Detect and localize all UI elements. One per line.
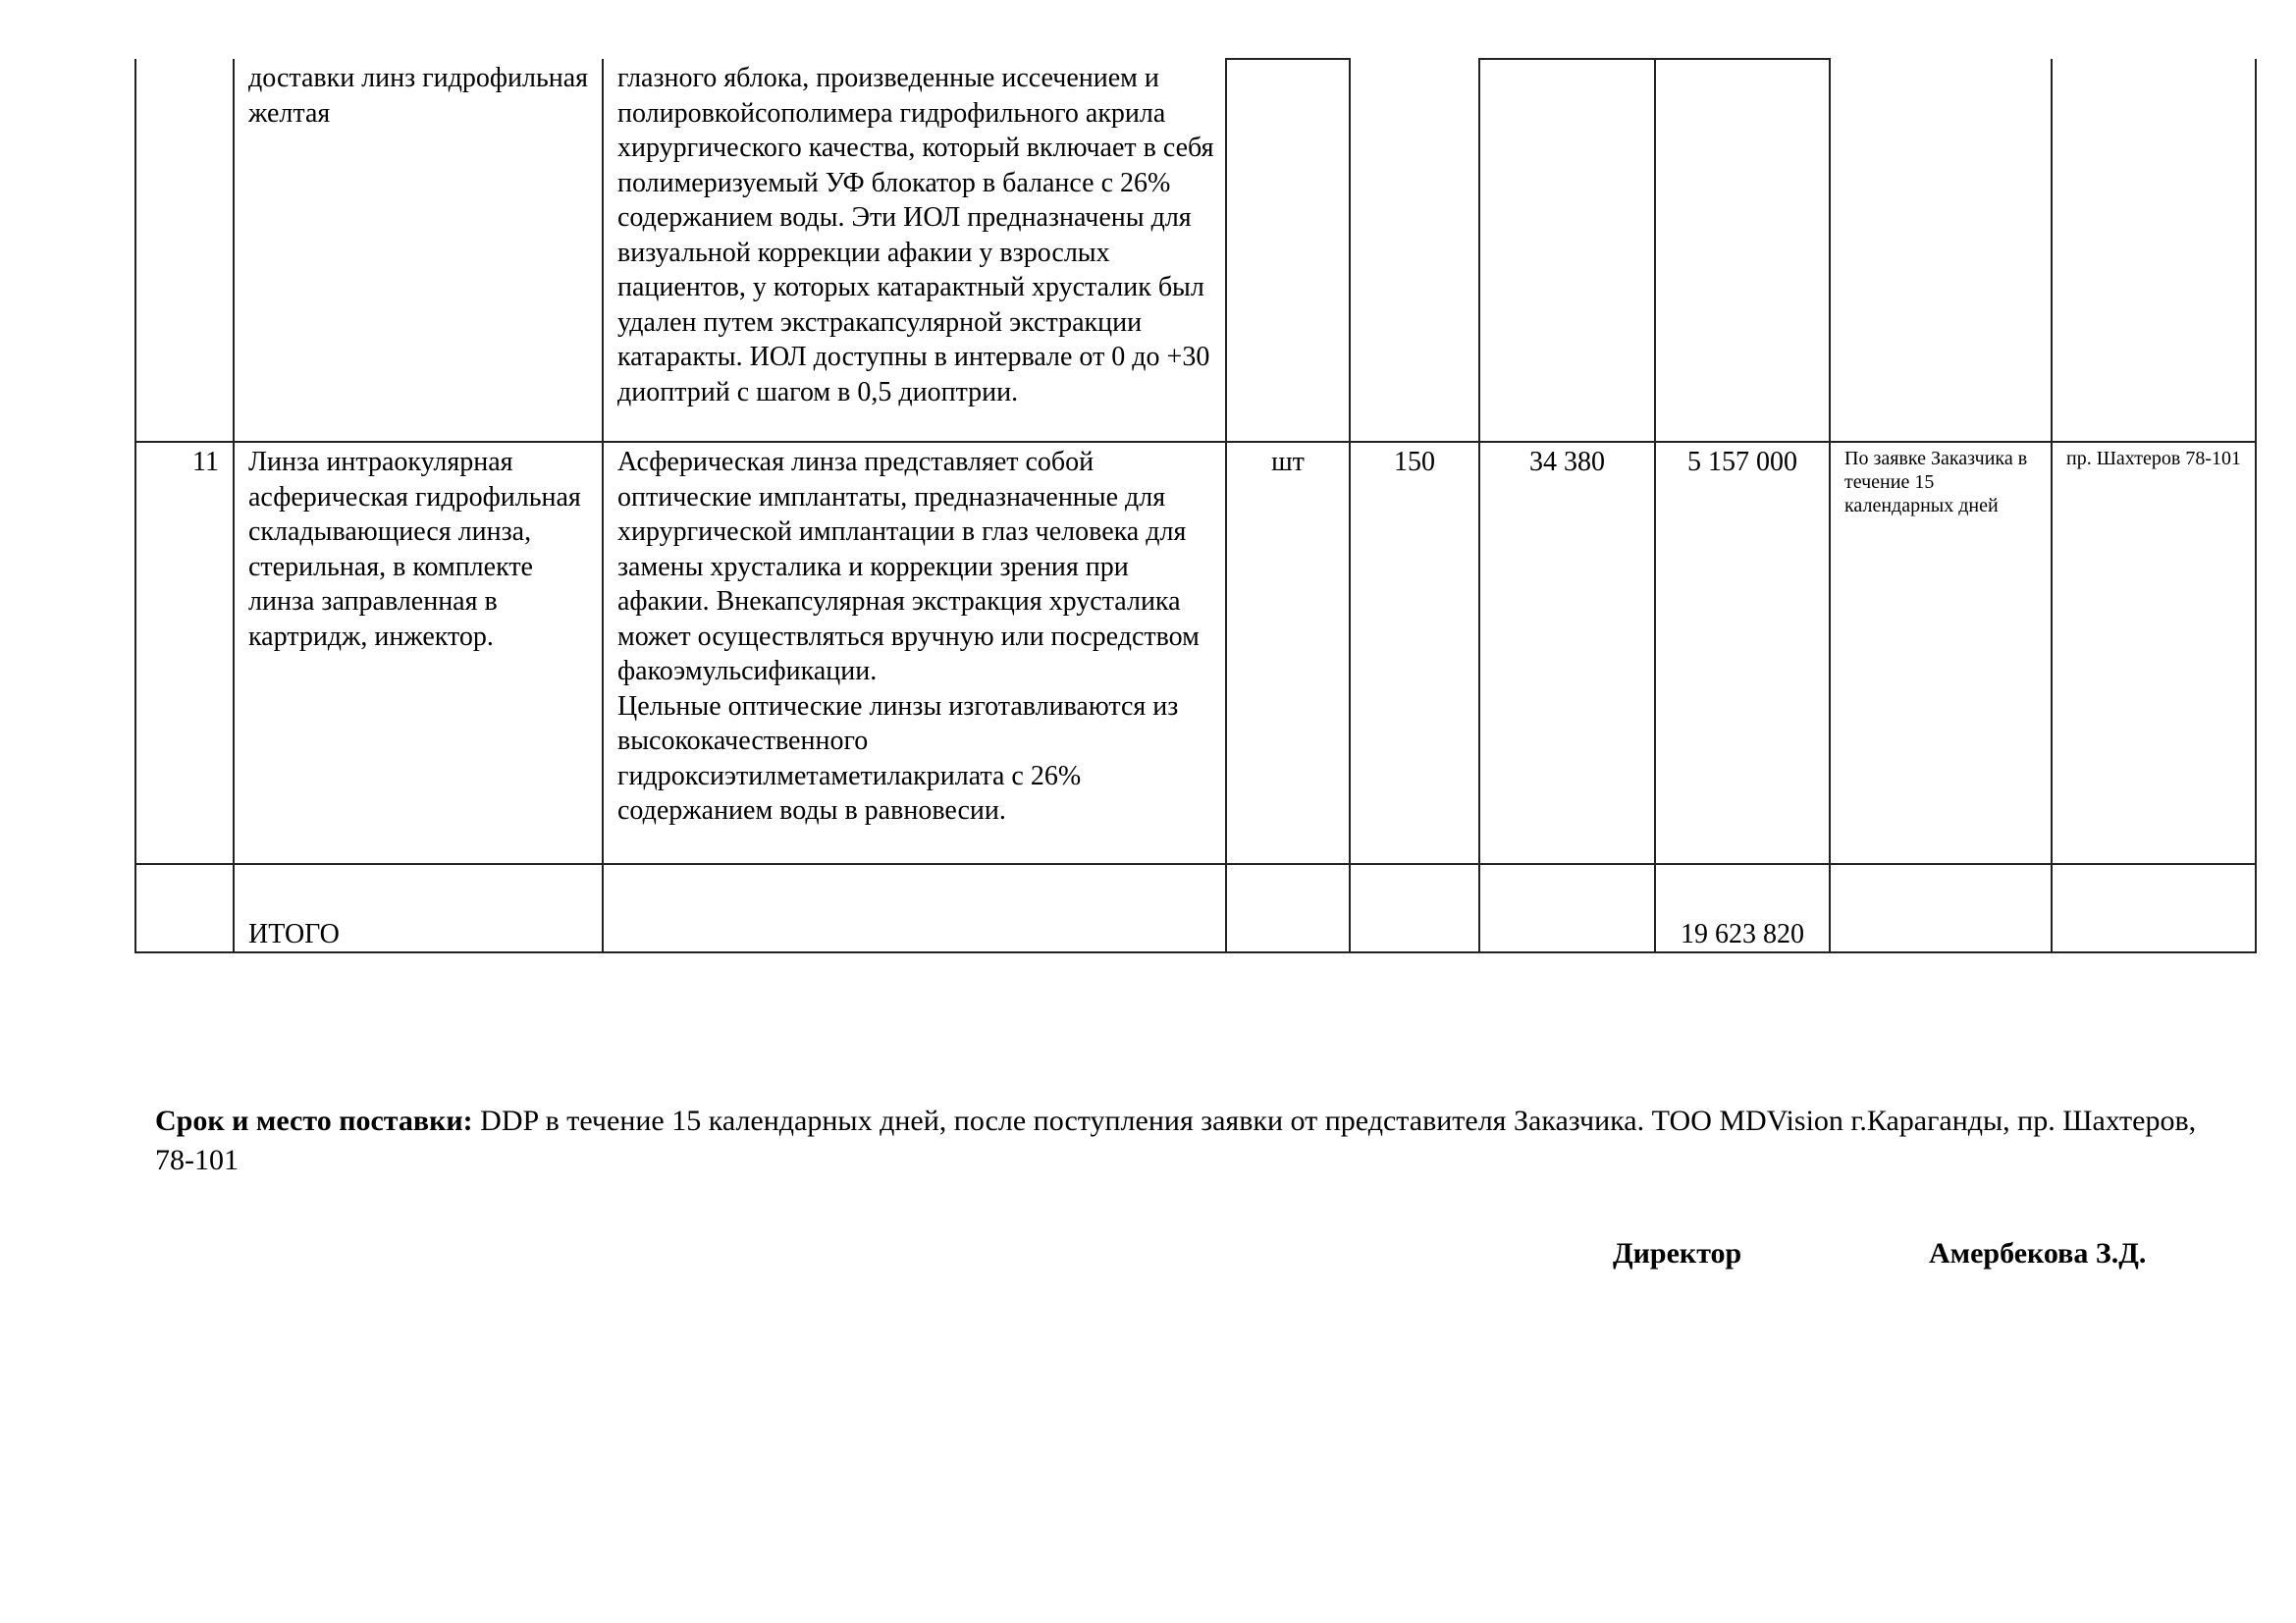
total-label: ИТОГО	[234, 864, 603, 952]
empty-cell	[1830, 864, 2052, 952]
item-quantity: 150	[1350, 442, 1479, 864]
empty-cell	[135, 864, 234, 952]
total-sum: 19 623 820	[1655, 864, 1830, 952]
signatory-role: Директор	[1613, 1237, 1741, 1271]
empty-cell	[1350, 864, 1479, 952]
item-sum	[1655, 59, 1830, 442]
empty-cell	[1226, 864, 1350, 952]
signatory-name: Амербекова З.Д.	[1929, 1237, 2146, 1271]
total-row: ИТОГО 19 623 820	[135, 864, 2256, 952]
empty-cell	[603, 864, 1226, 952]
specification-table: доставки линз гидрофильная желтая глазно…	[134, 58, 2257, 953]
item-description: Асферическая линза представляет собой оп…	[603, 442, 1226, 864]
item-delivery-term: По заявке Заказчика в течение 15 календа…	[1830, 442, 2052, 864]
table-row: доставки линз гидрофильная желтая глазно…	[135, 59, 2256, 442]
item-name: доставки линз гидрофильная желтая	[234, 59, 603, 442]
table-row: 11 Линза интраокулярная асферическая гид…	[135, 442, 2256, 864]
item-description: глазного яблока, произведенные иссечение…	[603, 59, 1226, 442]
row-number	[135, 59, 234, 442]
item-name: Линза интраокулярная асферическая гидроф…	[234, 442, 603, 864]
item-delivery-place: пр. Шахтеров 78-101	[2052, 442, 2256, 864]
item-sum: 5 157 000	[1655, 442, 1830, 864]
item-price	[1479, 59, 1655, 442]
item-delivery-place	[2052, 59, 2256, 442]
item-price: 34 380	[1479, 442, 1655, 864]
delivery-terms: Срок и место поставки: DDP в течение 15 …	[155, 1102, 2216, 1180]
item-delivery-term	[1830, 59, 2052, 442]
empty-cell	[2052, 864, 2256, 952]
item-unit: шт	[1226, 442, 1350, 864]
item-unit	[1226, 59, 1350, 442]
empty-cell	[1479, 864, 1655, 952]
item-quantity	[1350, 59, 1479, 442]
description-paragraph: Цельные оптические линзы изготавливаются…	[617, 689, 1225, 829]
delivery-terms-label: Срок и место поставки:	[155, 1105, 473, 1137]
description-paragraph: Асферическая линза представляет собой оп…	[617, 445, 1225, 689]
row-number: 11	[135, 442, 234, 864]
